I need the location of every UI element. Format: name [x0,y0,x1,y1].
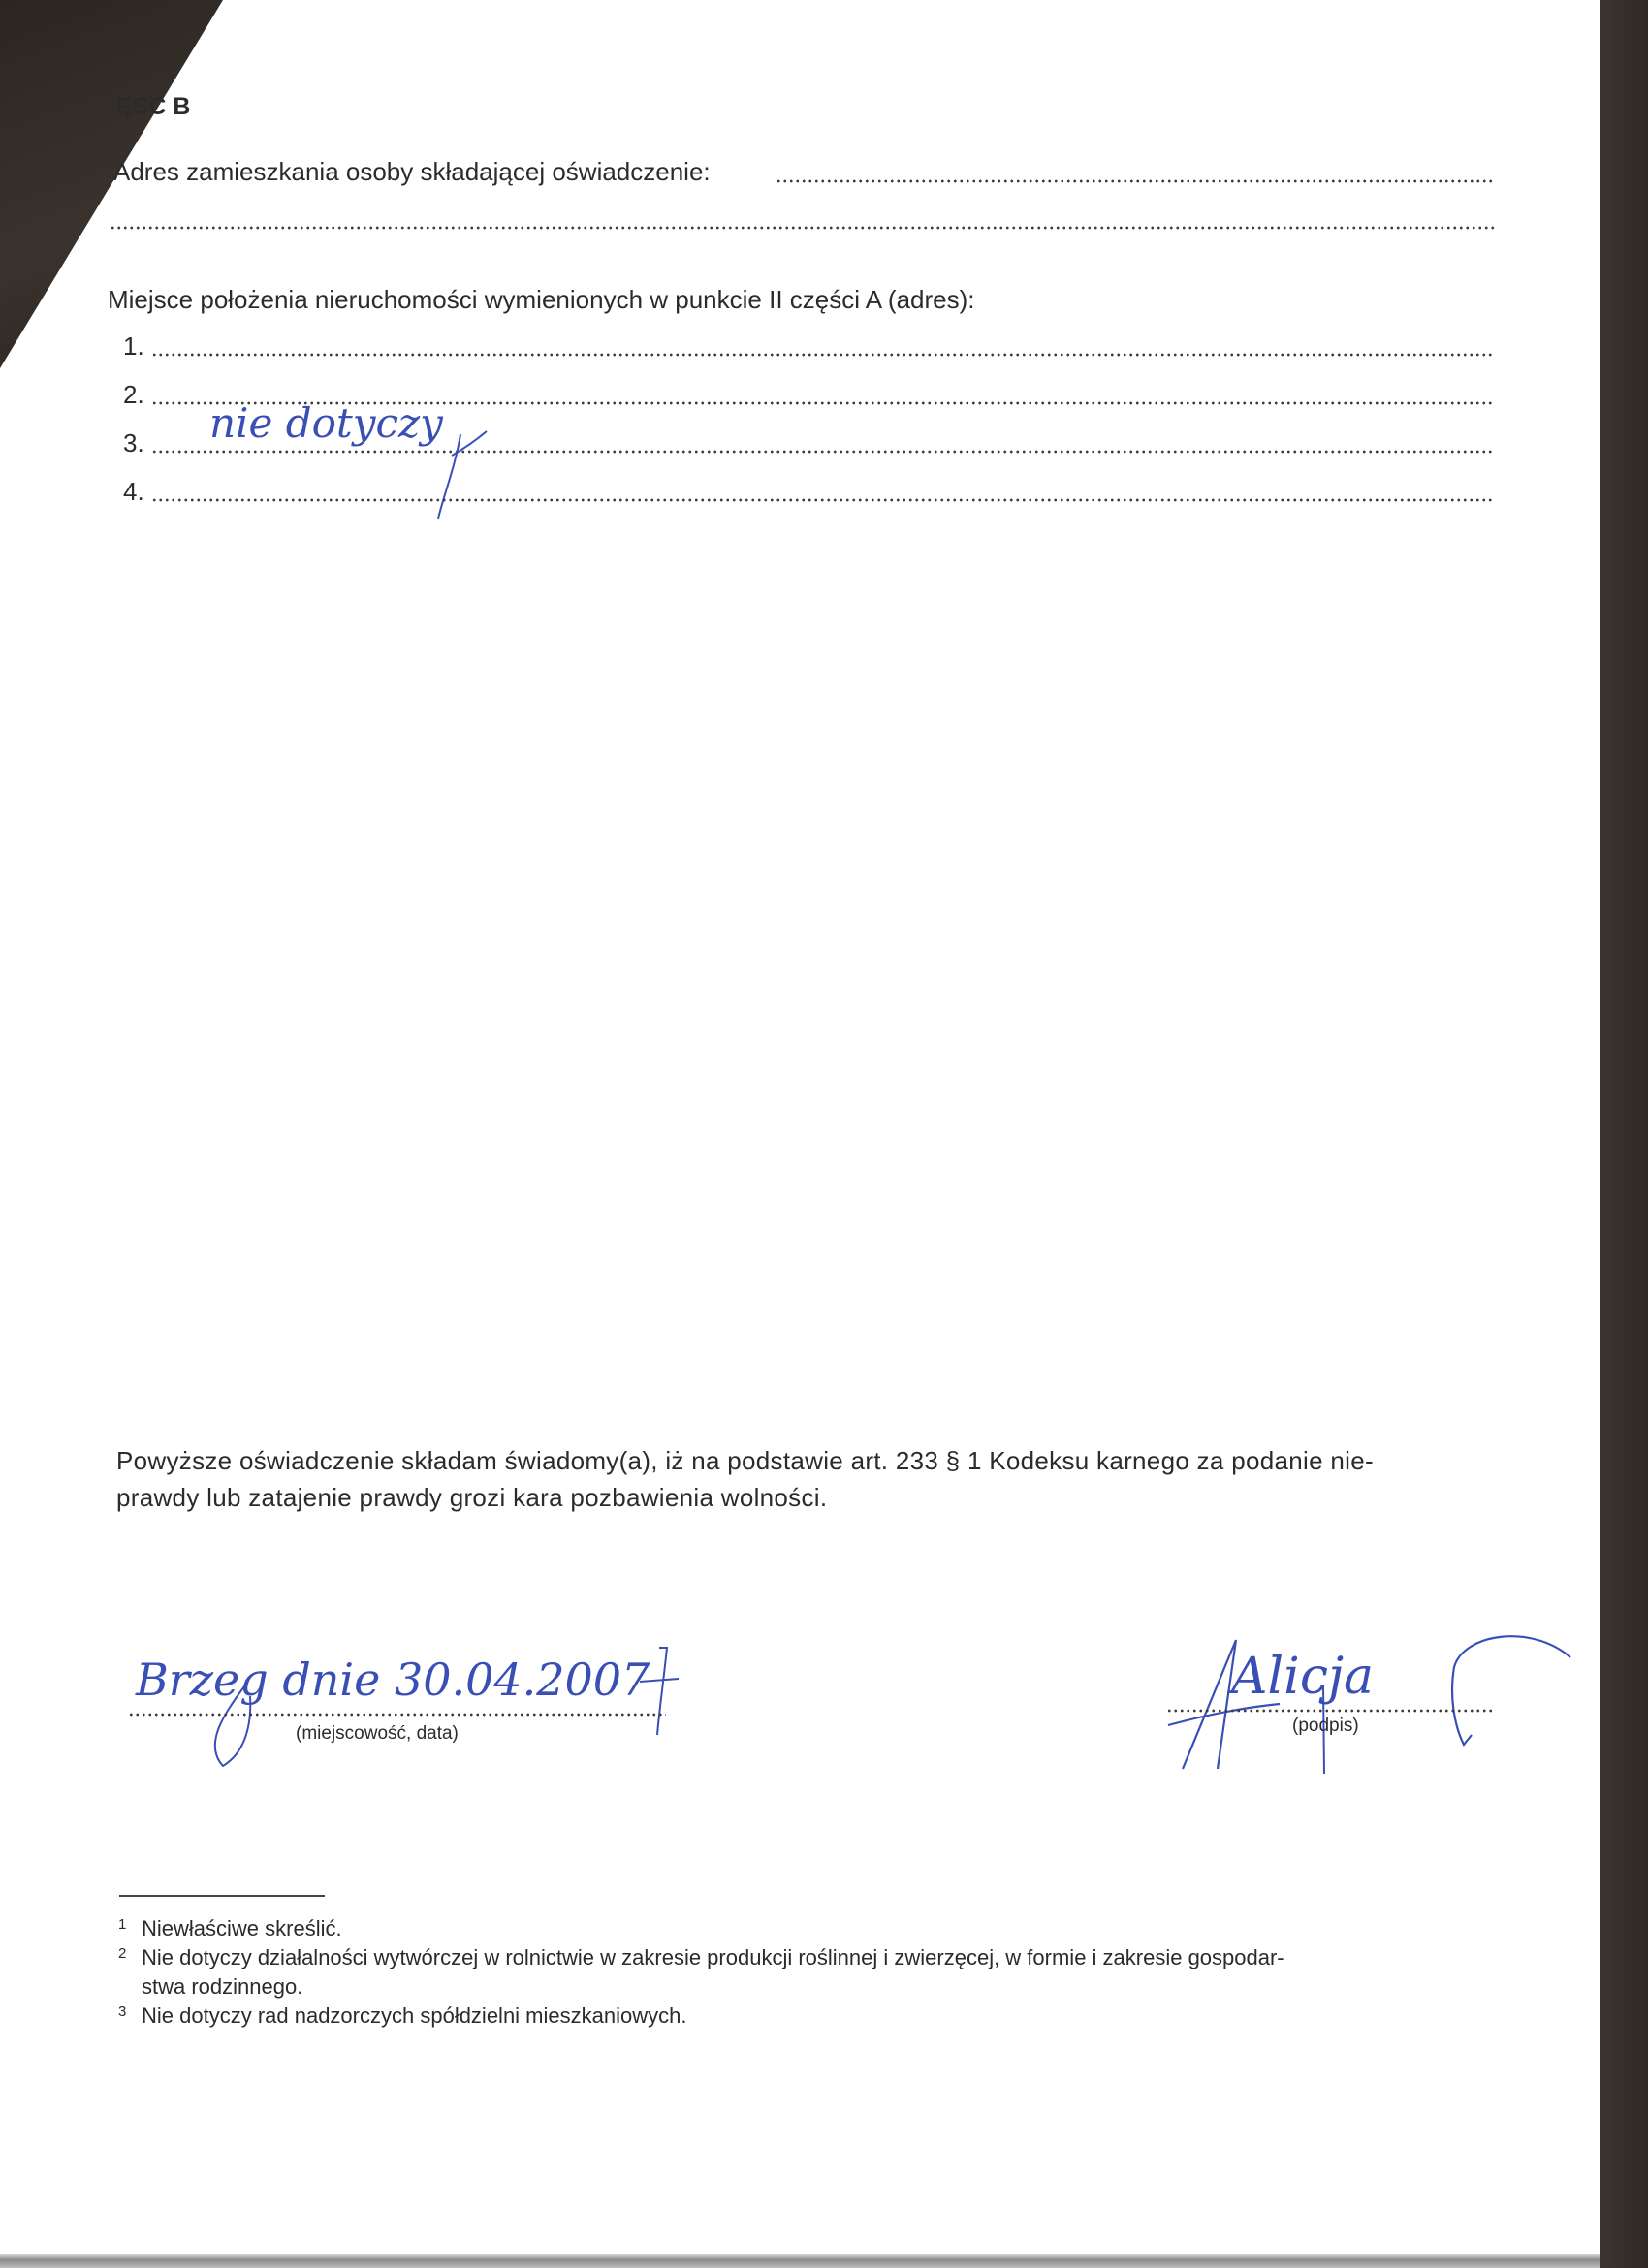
footnote-mark: 3 [118,1998,126,2027]
property-line-number: 2. [123,380,144,410]
property-location-label: Miejsce położenia nieruchomości wymienio… [108,285,975,315]
declaration-line: Powyższe oświadczenie składam świadomy(a… [116,1442,1512,1479]
footnote-text: Nie dotyczy rad nadzorczych spółdzielni … [142,2003,686,2028]
footnote-text-continuation: stwa rodzinnego. [142,1974,302,1999]
property-field-line [151,450,1495,454]
handwriting-stroke [417,426,494,523]
declaration-line: prawdy lub zatajenie prawdy grozi kara p… [116,1479,1512,1516]
footnote-text: Nie dotyczy działalności wytwórczej w ro… [142,1945,1284,1969]
footnote-mark: 2 [118,1939,126,1969]
footnote-2: 2 Nie dotyczy działalności wytwórczej w … [116,1943,1532,2001]
address-field-line-2 [110,226,1495,230]
place-date-line [128,1713,666,1717]
property-line-number: 3. [123,428,144,458]
footnote-1: 1 Niewłaściwe skreślić. [116,1914,1532,1943]
place-date-caption: (miejscowość, data) [296,1723,459,1745]
section-heading: ĘŚĆ B [116,93,190,121]
footnote-text: Niewłaściwe skreślić. [142,1916,342,1940]
signature-stroke [1163,1628,1580,1783]
footnote-mark: 1 [118,1910,126,1939]
signature-caption: (podpis) [1292,1716,1359,1737]
declaration-paragraph: Powyższe oświadczenie składam świadomy(a… [116,1442,1512,1516]
scan-bottom-edge [0,2254,1600,2268]
property-field-line [151,498,1495,502]
footnote-3: 3 Nie dotyczy rad nadzorczych spółdzieln… [116,2001,1532,2031]
handwriting-stroke [136,1638,717,1774]
signature-line [1166,1709,1496,1713]
property-line-number: 4. [123,477,144,507]
property-line-number: 1. [123,331,144,362]
scan-edge-shadow [1600,0,1648,2268]
property-field-line [151,353,1495,357]
address-field-line-1 [776,179,1495,183]
address-label: Adres zamieszkania osoby składającej ośw… [113,157,711,187]
footnotes: 1 Niewłaściwe skreślić. 2 Nie dotyczy dz… [116,1914,1532,2031]
handwritten-property-value: nie dotyczy [209,399,443,447]
footnote-separator [119,1895,325,1897]
